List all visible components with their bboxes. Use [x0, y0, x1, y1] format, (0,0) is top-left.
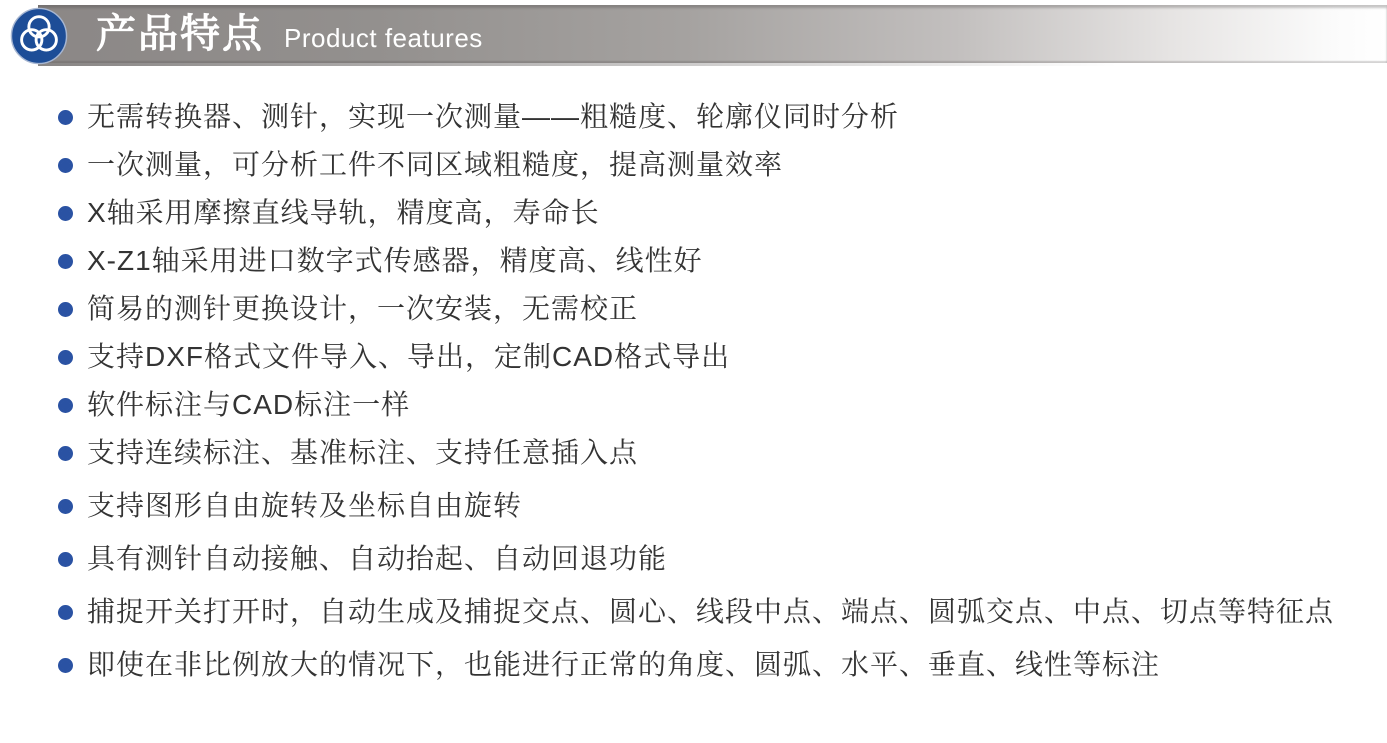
bullet-icon [58, 110, 73, 125]
page-title: 产品特点 [96, 5, 264, 63]
feature-text: 即使在非比例放大的情况下，也能进行正常的角度、圆弧、水平、垂直、线性等标注 [87, 649, 1160, 681]
feature-item: X-Z1轴采用进口数字式传感器，精度高、线性好 [58, 245, 1387, 277]
bullet-icon [58, 605, 73, 620]
bullet-icon [58, 552, 73, 567]
feature-text: 无需转换器、测针，实现一次测量——粗糙度、轮廓仪同时分析 [87, 101, 899, 133]
feature-item: 软件标注与CAD标注一样 [58, 389, 1387, 421]
feature-text: 具有测针自动接触、自动抬起、自动回退功能 [87, 543, 667, 575]
feature-text: 支持图形自由旋转及坐标自由旋转 [87, 490, 522, 522]
bullet-icon [58, 158, 73, 173]
bullet-icon [58, 206, 73, 221]
feature-text: 支持连续标注、基准标注、支持任意插入点 [87, 437, 638, 469]
feature-item: 捕捉开关打开时，自动生成及捕捉交点、圆心、线段中点、端点、圆弧交点、中点、切点等… [58, 596, 1387, 628]
feature-text: 简易的测针更换设计，一次安装，无需校正 [87, 293, 638, 325]
bullet-icon [58, 350, 73, 365]
bullet-icon [58, 302, 73, 317]
bullet-icon [58, 499, 73, 514]
feature-text: 捕捉开关打开时，自动生成及捕捉交点、圆心、线段中点、端点、圆弧交点、中点、切点等… [87, 596, 1334, 628]
section-header: 产品特点 Product features [0, 5, 1387, 63]
feature-list: 无需转换器、测针，实现一次测量——粗糙度、轮廓仪同时分析 一次测量，可分析工件不… [58, 101, 1387, 681]
feature-item: 支持DXF格式文件导入、导出，定制CAD格式导出 [58, 341, 1387, 373]
bullet-icon [58, 398, 73, 413]
feature-item: 一次测量，可分析工件不同区域粗糙度，提高测量效率 [58, 149, 1387, 181]
bullet-icon [58, 658, 73, 673]
feature-item: X轴采用摩擦直线导轨，精度高，寿命长 [58, 197, 1387, 229]
feature-text: 支持DXF格式文件导入、导出，定制CAD格式导出 [87, 341, 730, 373]
feature-item: 无需转换器、测针，实现一次测量——粗糙度、轮廓仪同时分析 [58, 101, 1387, 133]
feature-text: X-Z1轴采用进口数字式传感器，精度高、线性好 [87, 245, 703, 277]
three-circles-icon [10, 7, 68, 65]
feature-item: 支持连续标注、基准标注、支持任意插入点 [58, 437, 1387, 469]
feature-item: 简易的测针更换设计，一次安装，无需校正 [58, 293, 1387, 325]
feature-text: X轴采用摩擦直线导轨，精度高，寿命长 [87, 197, 600, 229]
header-titles: 产品特点 Product features [38, 5, 483, 63]
feature-text: 一次测量，可分析工件不同区域粗糙度，提高测量效率 [87, 149, 783, 181]
bullet-icon [58, 446, 73, 461]
feature-item: 即使在非比例放大的情况下，也能进行正常的角度、圆弧、水平、垂直、线性等标注 [58, 649, 1387, 681]
feature-text: 软件标注与CAD标注一样 [87, 389, 410, 421]
feature-item: 支持图形自由旋转及坐标自由旋转 [58, 490, 1387, 522]
page-subtitle: Product features [284, 23, 483, 54]
feature-item: 具有测针自动接触、自动抬起、自动回退功能 [58, 543, 1387, 575]
bullet-icon [58, 254, 73, 269]
header-bar: 产品特点 Product features [38, 5, 1387, 63]
